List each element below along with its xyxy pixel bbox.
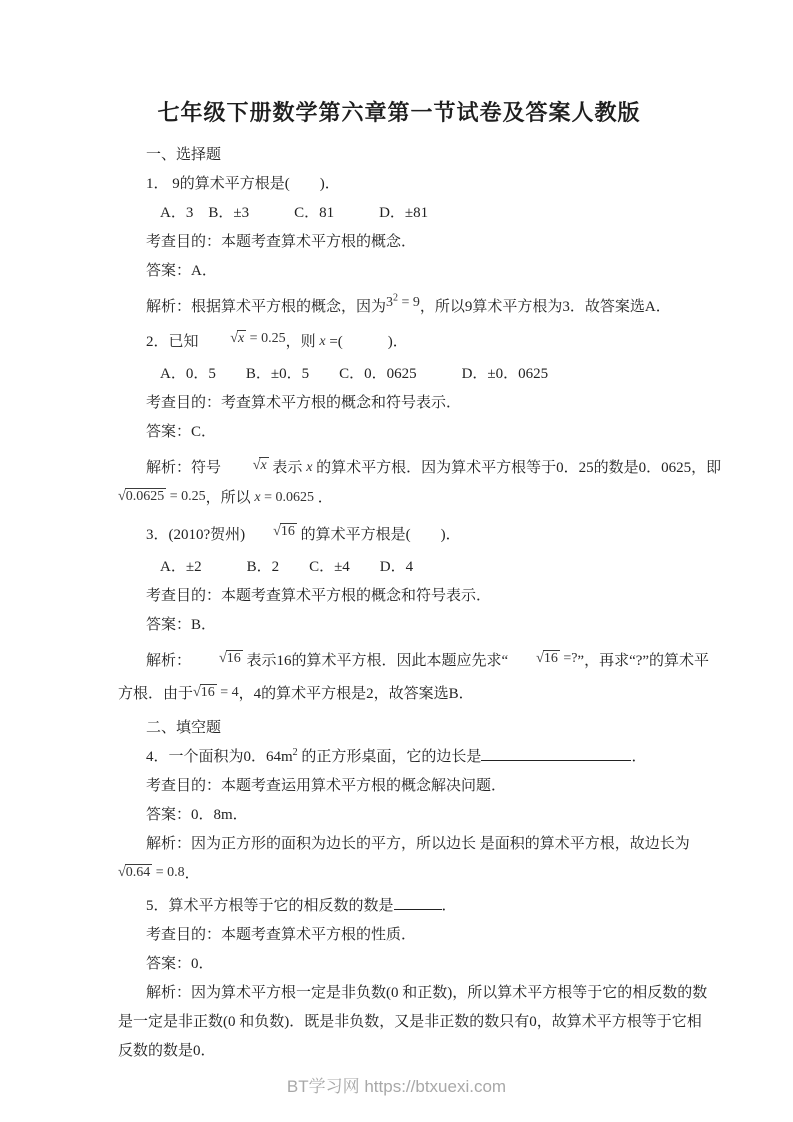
q5-stem: 5．算术平方根等于它的相反数的数是．: [118, 896, 680, 916]
radical-icon: √: [191, 649, 227, 669]
q3-analysis-line1: 解析：√16 表示16的算术平方根．因此本题应先求“√16 =?”，再求“?”的…: [118, 649, 680, 671]
text-run: 3．(2010?贺州): [146, 527, 245, 543]
text-run: 5．算术平方根等于它的相反数的数是: [146, 898, 394, 914]
text-run: =( )．: [326, 334, 408, 350]
section-1-heading: 一、选择题: [118, 145, 680, 165]
q1-stem: 1． 9的算术平方根是( )．: [118, 174, 680, 194]
sqrt-formula: √0.0625 = 0.25: [118, 489, 206, 504]
text-run: ，则: [286, 334, 320, 350]
formula-equals: = 0.8: [152, 865, 184, 880]
q1-answer: 答案：A．: [118, 261, 680, 281]
q2-stem: 2．已知 √x = 0.25，则 x =( )．: [118, 329, 680, 352]
section-2-heading: 二、填空题: [118, 718, 680, 738]
text-run: 解析：符号: [146, 460, 225, 476]
q5-analysis-line3: 反数的数是0．: [118, 1041, 680, 1061]
formula-equals: = 4: [217, 685, 239, 700]
q3-analysis-line2: 方根．由于√16 = 4，4的算术平方根是2，故答案选B．: [118, 683, 680, 704]
sqrt-formula: √16 =?: [508, 651, 577, 666]
q2-purpose: 考查目的：考查算术平方根的概念和符号表示．: [118, 393, 680, 413]
sqrt-formula: √x = 0.25: [202, 331, 285, 346]
radical-icon: √: [225, 456, 261, 476]
text-run: 方根．由于: [118, 686, 193, 702]
text-run: ．: [442, 898, 457, 914]
radicand: 16: [200, 684, 217, 700]
radicand: x: [259, 457, 268, 473]
text-run: 表示16的算术平方根．因此本题应先求“: [243, 653, 508, 669]
text-run: ”，再求“?”的算术平: [577, 653, 709, 669]
text-run: 的正方形桌面，它的边长是: [298, 749, 482, 765]
q3-options: A．±2 B．2 C．±4 D．4: [118, 557, 680, 577]
formula-equals: =?: [560, 651, 578, 666]
text-run: ，所以: [206, 490, 255, 506]
x-value-formula: x = 0.0625: [254, 490, 314, 505]
q4-answer: 答案：0．8m．: [118, 805, 680, 825]
q4-analysis-line1: 解析：因为正方形的面积为边长的平方，所以边长 是面积的算术平方根，故边长为: [118, 834, 680, 854]
q2-options: A．0．5 B．±0．5 C．0．0625 D．±0．0625: [118, 364, 680, 384]
text-run: 解析：: [146, 653, 191, 669]
q4-analysis-line2: √0.64 = 0.8．: [118, 863, 680, 884]
q3-purpose: 考查目的：本题考查算术平方根的概念和符号表示．: [118, 586, 680, 606]
answer-blank: [394, 896, 442, 910]
sqrt-formula: √x: [225, 458, 269, 473]
formula-equals: = 9: [398, 295, 420, 310]
text-run: ．: [631, 749, 646, 765]
q4-stem: 4．一个面积为0．64m2 的正方形桌面，它的边长是．: [118, 747, 680, 767]
radicand: 16: [226, 650, 243, 666]
formula-base: 3: [386, 295, 393, 310]
text-run: ，4的算术平方根是2，故答案选B．: [239, 686, 474, 702]
text-run: 解析：根据算术平方根的概念，因为: [146, 299, 386, 315]
text-run: ，所以9算术平方根为3．故答案选A．: [420, 299, 671, 315]
text-run: ．: [314, 490, 333, 506]
power-formula: 32 = 9: [386, 295, 420, 310]
radicand: 0.0625: [125, 488, 167, 504]
doc-title: 七年级下册数学第六章第一节试卷及答案人教版: [118, 96, 680, 127]
sqrt-formula: √16: [245, 524, 297, 539]
footer-watermark: BT学习网 https://btxuexi.com: [0, 1072, 793, 1097]
sqrt-formula: √0.64 = 0.8: [118, 865, 185, 880]
text-run: 的算术平方根是( )．: [297, 527, 461, 543]
q2-answer: 答案：C．: [118, 422, 680, 442]
q5-purpose: 考查目的：本题考查算术平方根的性质．: [118, 925, 680, 945]
q3-answer: 答案：B．: [118, 615, 680, 635]
radicand: x: [237, 330, 246, 346]
q5-analysis-line1: 解析：因为算术平方根一定是非负数(0 和正数)，所以算术平方根等于它的相反数的数: [118, 983, 680, 1003]
formula-equals: = 0.0625: [261, 490, 314, 505]
exam-document: 七年级下册数学第六章第一节试卷及答案人教版 一、选择题 1． 9的算术平方根是(…: [118, 96, 680, 1070]
text-run: 2．已知: [146, 334, 202, 350]
radical-icon: √: [245, 522, 281, 542]
formula-equals: = 0.25: [246, 331, 285, 346]
text-run: ．: [185, 866, 200, 882]
text-run: 表示: [269, 460, 307, 476]
formula-equals: = 0.25: [166, 489, 205, 504]
radicand: 0.64: [125, 864, 153, 880]
q1-purpose: 考查目的：本题考查算术平方根的概念．: [118, 232, 680, 252]
radical-icon: √: [202, 329, 238, 349]
radicand: 16: [280, 523, 297, 539]
radical-icon: √: [508, 649, 544, 669]
q3-stem: 3．(2010?贺州)√16 的算术平方根是( )．: [118, 522, 680, 545]
text-run: 4．一个面积为0．64m: [146, 749, 293, 765]
q5-analysis-line2: 是一定是非正数(0 和负数)．既是非负数，又是非正数的数只有0，故算术平方根等于…: [118, 1012, 680, 1032]
text-run: 的算术平方根．因为算术平方根等于0．25的数是0．0625，即: [312, 460, 721, 476]
q4-purpose: 考查目的：本题考查运用算术平方根的概念解决问题．: [118, 776, 680, 796]
answer-blank: [481, 747, 631, 761]
q1-options: A．3 B．±3 C．81 D．±81: [118, 203, 680, 223]
q1-analysis: 解析：根据算术平方根的概念，因为32 = 9，所以9算术平方根为3．故答案选A．: [118, 293, 680, 317]
sqrt-formula: √16: [191, 651, 243, 666]
q5-answer: 答案：0．: [118, 954, 680, 974]
q2-analysis-line2: √0.0625 = 0.25，所以 x = 0.0625 ．: [118, 487, 680, 508]
radicand: 16: [543, 650, 560, 666]
q2-analysis-line1: 解析：符号 √x 表示 x 的算术平方根．因为算术平方根等于0．25的数是0．0…: [118, 456, 680, 478]
sqrt-formula: √16 = 4: [193, 685, 239, 700]
